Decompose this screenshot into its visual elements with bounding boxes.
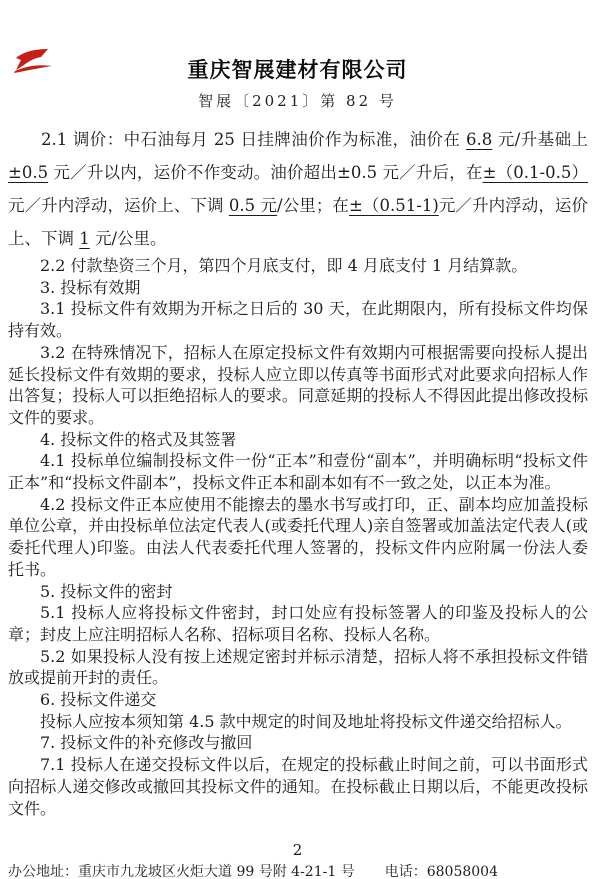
- heading-7: 7. 投标文件的补充修改与撤回: [8, 732, 588, 754]
- text-segment: 4. 投标文件的格式及其签署: [40, 430, 236, 449]
- phone-number: 电话：68058004: [385, 864, 498, 879]
- clause-2-1: 2.1 调价：中石油每月 25 日挂牌油价作为标准，油价在 6.8 元/升基础上…: [8, 123, 588, 255]
- underlined-value: ±0.5: [8, 163, 48, 182]
- company-name: 重庆智展建材有限公司: [0, 54, 595, 84]
- heading-4: 4. 投标文件的格式及其签署: [8, 429, 588, 451]
- underlined-value: 6.8: [466, 130, 492, 149]
- text-segment: 7. 投标文件的补充修改与撤回: [40, 733, 252, 752]
- text-segment: 5. 投标文件的密封: [40, 582, 172, 601]
- text-segment: 2.1 调价：中石油每月 25 日挂牌油价作为标准，油价在: [41, 130, 466, 149]
- clause-6-body: 投标人应按本须知第 4.5 款中规定的时间及地址将投标文件递交给招标人。: [8, 711, 588, 733]
- text-segment: 元／升内浮动，运价上、下调: [8, 196, 229, 215]
- heading-5: 5. 投标文件的密封: [8, 581, 588, 603]
- text-segment: 投标人应按本须知第 4.5 款中规定的时间及地址将投标文件递交给招标人。: [40, 712, 572, 731]
- text-segment: 2.2 付款垫资三个月，第四个月底支付，即 4 月底支付 1 月结算款。: [40, 256, 527, 275]
- office-address: 办公地址：重庆市九龙坡区火炬大道 99 号附 4-21-1 号: [8, 864, 355, 879]
- heading-3: 3. 投标有效期: [8, 277, 588, 299]
- footer: 办公地址：重庆市九龙坡区火炬大道 99 号附 4-21-1 号电话：680580…: [8, 861, 591, 879]
- text-segment: 元/公里。: [90, 229, 167, 248]
- clause-2-2: 2.2 付款垫资三个月，第四个月底支付，即 4 月底支付 1 月结算款。: [8, 255, 588, 277]
- doc-number: 智展〔2021〕第 82 号: [0, 90, 595, 111]
- text-segment: /公里；在: [277, 196, 349, 215]
- underlined-value: 0.5 元: [229, 196, 277, 215]
- text-segment: 元／升以内，运价不作变动。油价超出±0.5 元／升后，在: [48, 163, 483, 182]
- text-segment: 5.2 如果投标人没有按上述规定密封并标示清楚，招标人将不承担投标文件错放或提前…: [8, 647, 588, 688]
- underlined-value: ±（0.51-1): [349, 196, 439, 215]
- text-segment: 4.1 投标单位编制投标文件一份“正本”和壹份“副本”，并明确标明“投标文件正本…: [8, 451, 588, 492]
- clause-7-1: 7.1 投标人在递交投标文件以后，在规定的投标截止时间之前，可以书面形式向招标人…: [8, 754, 588, 819]
- clause-3-2: 3.2 在特殊情况下，招标人在原定投标文件有效期内可根据需要向投标人提出延长投标…: [8, 342, 588, 429]
- text-segment: 3. 投标有效期: [40, 278, 140, 297]
- text-segment: 4.2 投标文件正本应使用不能擦去的墨水书写或打印，正、副本均应加盖投标单位公章…: [8, 495, 588, 579]
- document-body: 2.1 调价：中石油每月 25 日挂牌油价作为标准，油价在 6.8 元/升基础上…: [8, 123, 588, 819]
- clause-5-1: 5.1 投标人应将投标文件密封，封口处应有投标签署人的印鉴及投标人的公章；封皮上…: [8, 602, 588, 645]
- clause-5-2: 5.2 如果投标人没有按上述规定密封并标示清楚，招标人将不承担投标文件错放或提前…: [8, 646, 588, 689]
- page-number: 2: [0, 841, 595, 859]
- text-segment: 5.1 投标人应将投标文件密封，封口处应有投标签署人的印鉴及投标人的公章；封皮上…: [8, 603, 588, 644]
- clause-4-1: 4.1 投标单位编制投标文件一份“正本”和壹份“副本”，并明确标明“投标文件正本…: [8, 450, 588, 493]
- underlined-value: 1: [79, 229, 90, 248]
- document-page: 重庆智展建材有限公司 智展〔2021〕第 82 号 2.1 调价：中石油每月 2…: [0, 0, 595, 879]
- heading-6: 6. 投标文件递交: [8, 689, 588, 711]
- clause-3-1: 3.1 投标文件有效期为开标之日后的 30 天，在此期限内，所有投标文件均保持有…: [8, 298, 588, 341]
- text-segment: 3.1 投标文件有效期为开标之日后的 30 天，在此期限内，所有投标文件均保持有…: [8, 299, 588, 340]
- text-segment: 3.2 在特殊情况下，招标人在原定投标文件有效期内可根据需要向投标人提出延长投标…: [8, 343, 588, 427]
- text-segment: 6. 投标文件递交: [40, 690, 156, 709]
- text-segment: 7.1 投标人在递交投标文件以后，在规定的投标截止时间之前，可以书面形式向招标人…: [8, 755, 588, 817]
- underlined-value: ±（0.1-0.5）: [483, 163, 588, 182]
- clause-4-2: 4.2 投标文件正本应使用不能擦去的墨水书写或打印，正、副本均应加盖投标单位公章…: [8, 494, 588, 581]
- text-segment: 元/升基础上: [492, 130, 588, 149]
